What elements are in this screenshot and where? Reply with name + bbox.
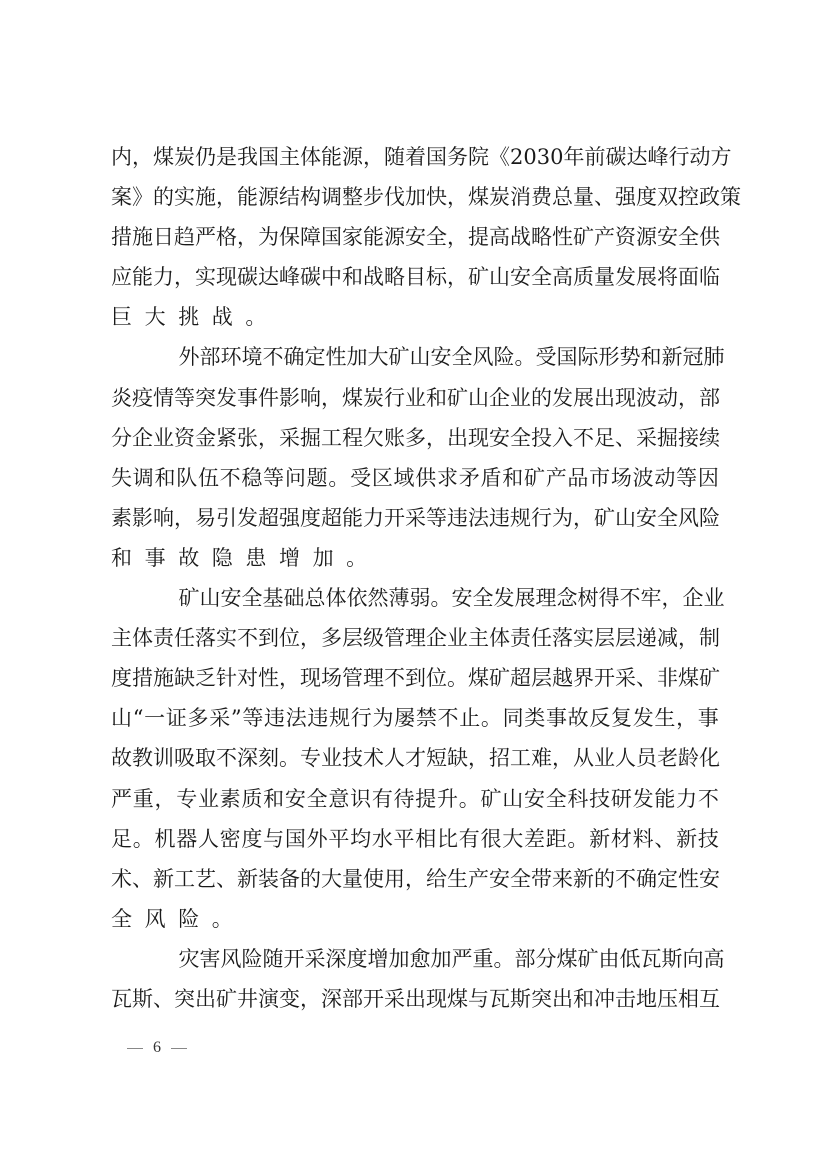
text-line: 足。机器人密度与国外平均水平相比有很大差距。新材料、新技 [111,819,719,859]
text-line: 灾害风险随开采深度增加愈加严重。部分煤矿由低瓦斯向高 [111,939,719,979]
text-line: 瓦斯、突出矿井演变，深部开采出现煤与瓦斯突出和冲击地压相互 [111,979,719,1019]
page-number: 6 [153,1039,161,1057]
text-line: 内，煤炭仍是我国主体能源，随着国务院《2030年前碳达峰行动方 [111,137,719,177]
text-line: 素影响，易引发超强度超能力开采等违法违规行为，矿山安全风险 [111,498,719,538]
page-footer: 6 [127,1039,187,1057]
text-line: 术、新工艺、新装备的大量使用，给生产安全带来新的不确定性安 [111,859,719,899]
text-line: 严重，专业素质和安全意识有待提升。矿山安全科技研发能力不 [111,779,719,819]
text-line: 分企业资金紧张，采掘工程欠账多，出现安全投入不足、采掘接续 [111,418,719,458]
text-line: 措施日趋严格，为保障国家能源安全，提高战略性矿产资源安全供 [111,217,719,257]
text-line: 失调和队伍不稳等问题。受区域供求矛盾和矿产品市场波动等因 [111,458,719,498]
text-line: 巨大挑战。 [111,297,719,337]
dash-left [127,1048,143,1049]
text-line: 全风险。 [111,899,719,939]
text-line: 炎疫情等突发事件影响，煤炭行业和矿山企业的发展出现波动，部 [111,378,719,418]
text-line: 故教训吸取不深刻。专业技术人才短缺，招工难，从业人员老龄化 [111,738,719,778]
dash-right [171,1048,187,1049]
text-line: 矿山安全基础总体依然薄弱。安全发展理念树得不牢，企业 [111,578,719,618]
text-line: 外部环境不确定性加大矿山安全风险。受国际形势和新冠肺 [111,337,719,377]
text-line: 主体责任落实不到位，多层级管理企业主体责任落实层层递减，制 [111,618,719,658]
text-line: 度措施缺乏针对性，现场管理不到位。煤矿超层越界开采、非煤矿 [111,658,719,698]
text-line: 案》的实施，能源结构调整步伐加快，煤炭消费总量、强度双控政策 [111,177,719,217]
document-body: 内，煤炭仍是我国主体能源，随着国务院《2030年前碳达峰行动方案》的实施，能源结… [111,137,719,1019]
text-line: 山“一证多采”等违法违规行为屡禁不止。同类事故反复发生，事 [111,698,719,738]
text-line: 应能力，实现碳达峰碳中和战略目标，矿山安全高质量发展将面临 [111,257,719,297]
text-line: 和事故隐患增加。 [111,538,719,578]
